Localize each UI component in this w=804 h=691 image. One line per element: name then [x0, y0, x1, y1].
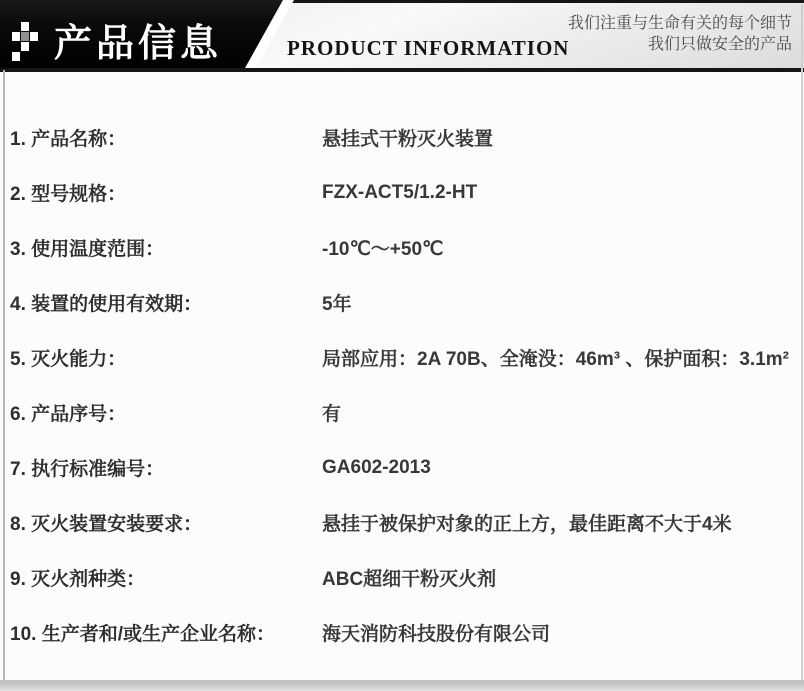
product-spec-table: 1. 产品名称：悬挂式干粉灭火装置2. 型号规格：FZX-ACT5/1.2-HT… [6, 72, 800, 660]
page-title-english: PRODUCT INFORMATION [287, 36, 569, 61]
page-title: 产品信息 [54, 12, 222, 67]
header-tagline: 我们注重与生命有关的每个细节 我们只做安全的产品 [568, 13, 792, 55]
row-label: 9. 灭火剂种类： [6, 564, 322, 591]
product-info-page: 产品信息 PRODUCT INFORMATION 我们注重与生命有关的每个细节 … [0, 0, 804, 691]
row-label: 6. 产品序号： [6, 399, 322, 426]
row-value: 悬挂式干粉灭火装置 [322, 124, 800, 151]
page-header: 产品信息 PRODUCT INFORMATION 我们注重与生命有关的每个细节 … [0, 0, 804, 72]
row-label: 3. 使用温度范围： [6, 234, 322, 261]
table-row: 10. 生产者和/或生产企业名称：海天消防科技股份有限公司 [6, 605, 800, 660]
row-value: FZX-ACT5/1.2-HT [322, 182, 800, 204]
page-right-border [801, 4, 803, 681]
page-left-border [3, 70, 5, 681]
table-row: 5. 灭火能力：局部应用：2A 70B、全淹没：46m³ 、保护面积：3.1m² [6, 330, 800, 385]
table-row: 8. 灭火装置安装要求：悬挂于被保护对象的正上方，最佳距离不大于4米 [6, 495, 800, 550]
table-row: 6. 产品序号：有 [6, 385, 800, 440]
row-value: ABC超细干粉灭火剂 [322, 564, 800, 591]
row-value: GA602-2013 [322, 457, 800, 479]
table-row: 4. 装置的使用有效期：5年 [6, 275, 800, 330]
row-value: 有 [322, 399, 800, 426]
table-row: 2. 型号规格：FZX-ACT5/1.2-HT [6, 165, 800, 220]
row-value: 悬挂于被保护对象的正上方，最佳距离不大于4米 [322, 509, 800, 536]
pixel-arrow-icon [12, 22, 38, 61]
tagline-line-2: 我们只做安全的产品 [568, 34, 792, 55]
row-label: 8. 灭火装置安装要求： [6, 509, 322, 536]
row-label: 1. 产品名称： [6, 124, 322, 151]
row-label: 5. 灭火能力： [6, 344, 322, 371]
table-row: 3. 使用温度范围：-10℃～+50℃ [6, 220, 800, 275]
row-label: 10. 生产者和/或生产企业名称： [6, 619, 322, 646]
table-row: 7. 执行标准编号：GA602-2013 [6, 440, 800, 495]
row-value: 海天消防科技股份有限公司 [322, 619, 800, 646]
row-label: 2. 型号规格： [6, 179, 322, 206]
page-bottom-border [0, 680, 804, 691]
row-label: 7. 执行标准编号： [6, 454, 322, 481]
row-label: 4. 装置的使用有效期： [6, 289, 322, 316]
row-value: -10℃～+50℃ [322, 234, 800, 261]
table-row: 9. 灭火剂种类：ABC超细干粉灭火剂 [6, 550, 800, 605]
row-value: 5年 [322, 289, 800, 316]
table-row: 1. 产品名称：悬挂式干粉灭火装置 [6, 110, 800, 165]
tagline-line-1: 我们注重与生命有关的每个细节 [568, 13, 792, 34]
row-value: 局部应用：2A 70B、全淹没：46m³ 、保护面积：3.1m² [322, 344, 800, 371]
